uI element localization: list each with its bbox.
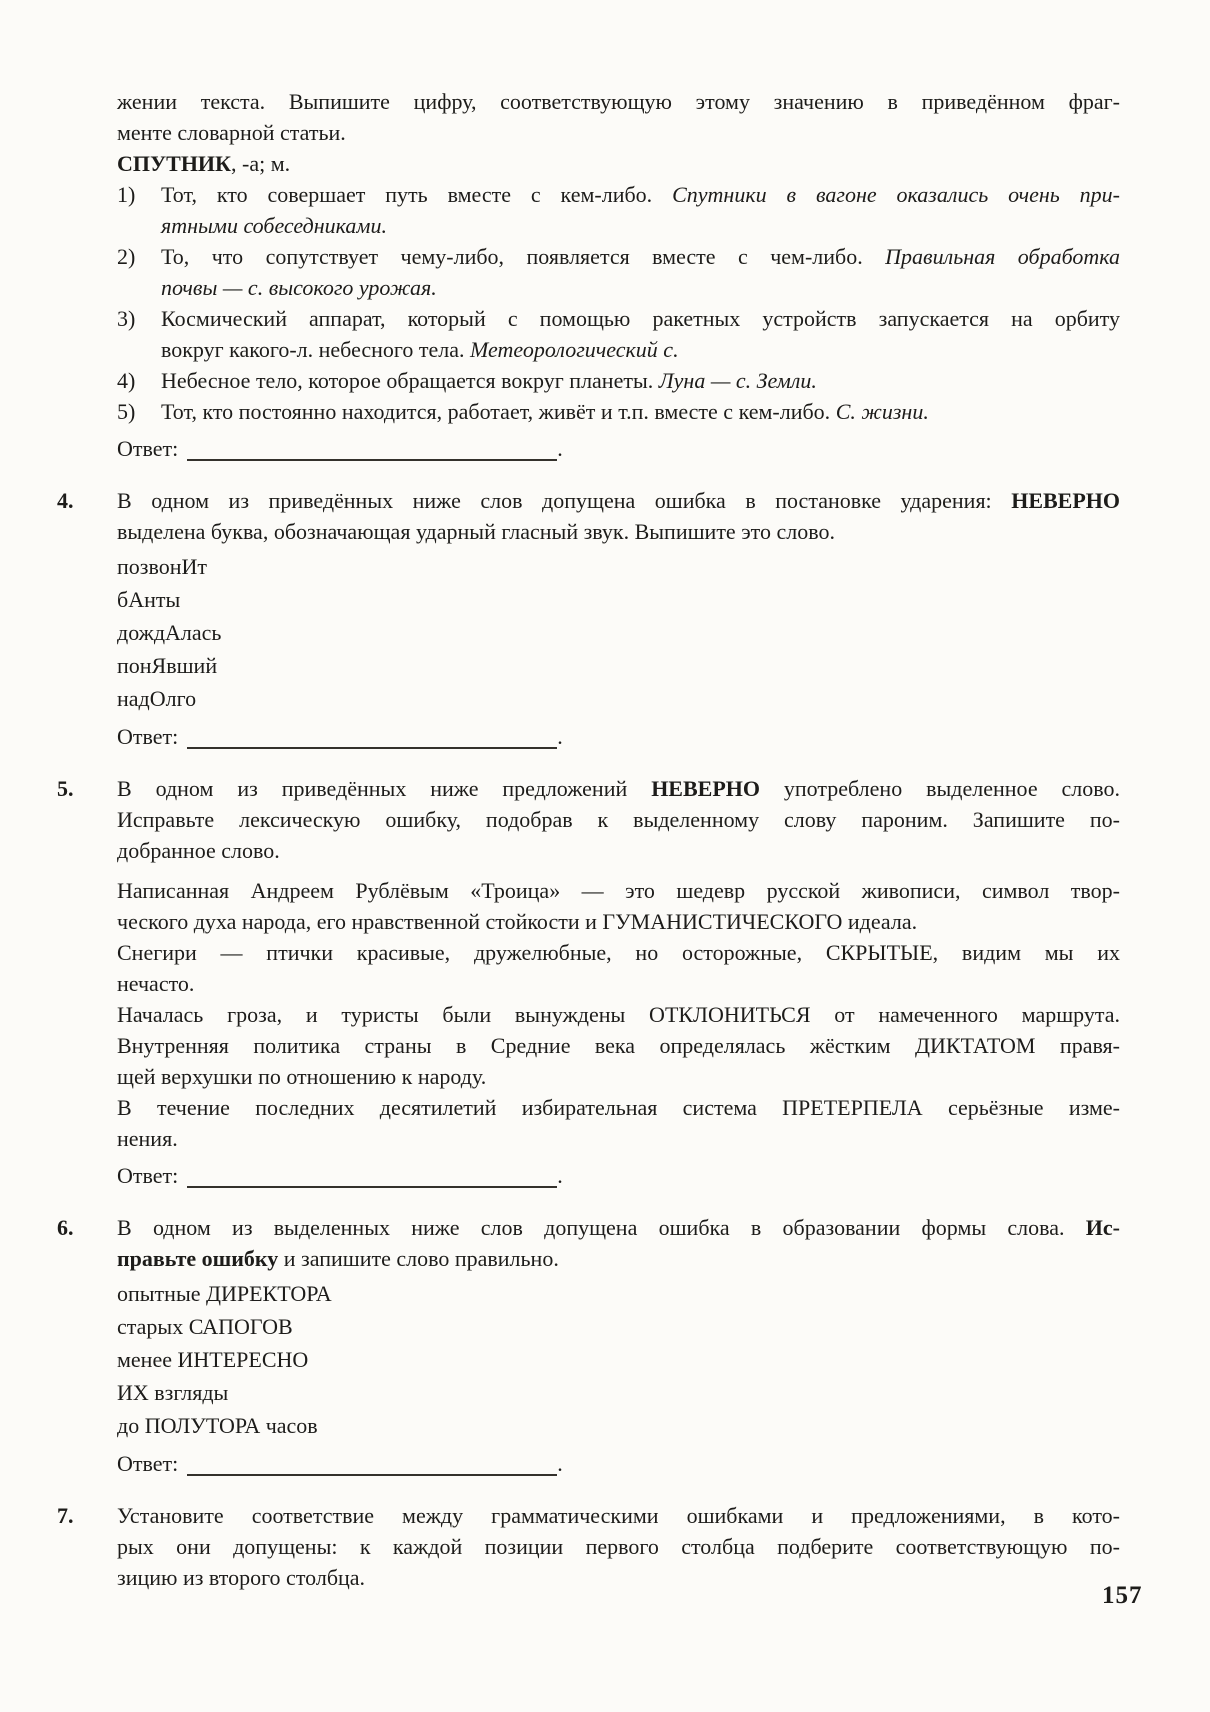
text-run: В одном из приведённых ниже предложений [117,776,651,801]
text-line: вокруг какого-л. небесного тела. Метеоро… [161,334,1120,365]
definition-item-2: 2)То, что сопутствует чему-либо, появляе… [117,241,1120,303]
text-run: Написанная Андреем Рублёвым «Троица» — э… [117,878,1120,903]
text-run: Метеорологический с. [470,337,679,362]
text-run: Установите соответствие между грамматиче… [117,1503,1120,1528]
word-option: бАнты [117,583,1120,616]
text-line: Снегири — птички красивые, дружелюбные, … [117,937,1120,968]
word-option: надОлго [117,682,1120,715]
answer-line-4: Ответ:. [117,1448,1120,1479]
text-line: Исправьте лексическую ошибку, подобрав к… [117,804,1120,835]
dictionary-definitions: 1)Тот, кто совершает путь вместе с кем-л… [117,179,1120,427]
text-line: добранное слово. [117,835,1120,866]
definition-item-3: 3)Космический аппарат, который с помощью… [117,303,1120,365]
definition-number: 1) [117,179,157,210]
sentence-3: Началась гроза, и туристы были вынуждены… [117,999,1120,1030]
text-line: почвы — с. высокого урожая. [161,272,1120,303]
text-run: добранное слово. [117,838,280,863]
answer-blank [187,1452,557,1476]
answer-label: Ответ: [117,436,178,461]
page-number: 157 [1102,1580,1143,1611]
text-run: В течение последних десятилетий избирате… [117,1095,1120,1120]
question-4-text: В одном из приведённых ниже слов допущен… [117,485,1120,547]
answer-period: . [557,724,563,749]
question-6-text: В одном из выделенных ниже слов допущена… [117,1212,1120,1274]
answer-blank [187,1164,557,1188]
text-run: Правильная обработка [885,244,1120,269]
text-line: жении текста. Выпишите цифру, соответств… [117,86,1120,117]
question-4-number: 4. [57,485,117,547]
text-run: щей верхушки по отношению к народу. [117,1064,486,1089]
text-run: ческого духа народа, его нравственной ст… [117,909,917,934]
text-run: Снегири — птички красивые, дружелюбные, … [117,940,1120,965]
text-line: ческого духа народа, его нравственной ст… [117,906,1120,937]
word-option: менее ИНТЕРЕСНО [117,1343,1120,1376]
text-line: Небесное тело, которое обращается вокруг… [161,365,1120,396]
text-run: Тот, кто совершает путь вместе с кем-либ… [161,182,672,207]
word-option: дождАлась [117,616,1120,649]
answer-period: . [557,436,563,461]
text-line: В одном из приведённых ниже слов допущен… [117,485,1120,516]
question-6: 6.В одном из выделенных ниже слов допуще… [57,1212,1120,1274]
text-run: Началась гроза, и туристы были вынуждены… [117,1002,1120,1027]
question-5-text: В одном из приведённых ниже предложений … [117,773,1120,866]
answer-blank [187,725,557,749]
text-run: СПУТНИК [117,151,231,176]
text-run: Небесное тело, которое обращается вокруг… [161,368,659,393]
text-run: В одном из выделенных ниже слов допущена… [117,1215,1086,1240]
text-line: В течение последних десятилетий избирате… [117,1092,1120,1123]
text-line: Космический аппарат, который с помощью р… [161,303,1120,334]
question-4: 4.В одном из приведённых ниже слов допущ… [57,485,1120,547]
text-line: выделена буква, обозначающая ударный гла… [117,516,1120,547]
word-options-4: позвонИтбАнтыдождАласьпонЯвшийнадОлго [117,550,1120,715]
text-line: Установите соответствие между грамматиче… [117,1500,1120,1531]
text-line: Внутренняя политика страны в Средние век… [117,1030,1120,1061]
intro-paragraph: жении текста. Выпишите цифру, соответств… [117,86,1120,148]
answer-line-1: Ответ:. [117,433,1120,464]
sentences-5: Написанная Андреем Рублёвым «Троица» — э… [117,875,1120,1154]
text-line: В одном из приведённых ниже предложений … [117,773,1120,804]
word-option: старых САПОГОВ [117,1310,1120,1343]
text-run: В одном из приведённых ниже слов допущен… [117,488,1011,513]
question-7: 7.Установите соответствие между граммати… [57,1500,1120,1593]
text-line: Тот, кто совершает путь вместе с кем-либ… [161,179,1120,210]
text-run: нечасто. [117,971,194,996]
text-line: То, что сопутствует чему-либо, появляетс… [161,241,1120,272]
definition-number: 4) [117,365,157,396]
document-content: жении текста. Выпишите цифру, соответств… [57,86,1120,1593]
text-line: Написанная Андреем Рублёвым «Троица» — э… [117,875,1120,906]
dictionary-headword: СПУТНИК, -а; м. [117,148,1120,179]
definition-number: 3) [117,303,157,334]
text-run: жении текста. Выпишите цифру, соответств… [117,89,1120,114]
question-5: 5.В одном из приведённых ниже предложени… [57,773,1120,866]
word-option: опытные ДИРЕКТОРА [117,1277,1120,1310]
text-line: В одном из выделенных ниже слов допущена… [117,1212,1120,1243]
text-run: Тот, кто постоянно находится, работает, … [161,399,836,424]
text-run: Спутники в вагоне оказались очень при- [672,182,1120,207]
text-line: Тот, кто постоянно находится, работает, … [161,396,1120,427]
text-run: НЕВЕРНО [651,776,760,801]
question-7-number: 7. [57,1500,117,1593]
answer-period: . [557,1163,563,1188]
text-run: Ис- [1086,1215,1120,1240]
text-line: нения. [117,1123,1120,1154]
definition-number: 5) [117,396,157,427]
word-option: ИХ взгляды [117,1376,1120,1409]
definition-item-1: 1)Тот, кто совершает путь вместе с кем-л… [117,179,1120,241]
answer-line-2: Ответ:. [117,721,1120,752]
text-run: и запишите слово правильно. [278,1246,559,1271]
text-run: Космический аппарат, который с помощью р… [161,306,1120,331]
question-5-number: 5. [57,773,117,866]
text-run: менте словарной статьи. [117,120,346,145]
text-run: Луна — с. Земли. [659,368,817,393]
answer-line-3: Ответ:. [117,1160,1120,1191]
text-run: почвы — с. высокого урожая. [161,275,437,300]
text-run: Исправьте лексическую ошибку, подобрав к… [117,807,1120,832]
text-line: менте словарной статьи. [117,117,1120,148]
text-run: С. жизни. [836,399,929,424]
text-line: рых они допущены: к каждой позиции перво… [117,1531,1120,1562]
scanned-exam-page: жении текста. Выпишите цифру, соответств… [0,0,1210,1712]
text-run: То, что сопутствует чему-либо, появляетс… [161,244,885,269]
sentence-5: В течение последних десятилетий избирате… [117,1092,1120,1154]
text-run: выделена буква, обозначающая ударный гла… [117,519,835,544]
text-run: Внутренняя политика страны в Средние век… [117,1033,1120,1058]
text-run: употреблено выделенное слово. [760,776,1120,801]
text-run: правьте ошибку [117,1246,278,1271]
question-6-number: 6. [57,1212,117,1274]
answer-label: Ответ: [117,1163,178,1188]
word-option: понЯвший [117,649,1120,682]
text-line: ятными собеседниками. [161,210,1120,241]
answer-label: Ответ: [117,1451,178,1476]
text-run: вокруг какого-л. небесного тела. [161,337,470,362]
definition-number: 2) [117,241,157,272]
word-option: до ПОЛУТОРА часов [117,1409,1120,1442]
text-run: нения. [117,1126,178,1151]
text-run: , -а; м. [231,151,290,176]
text-run: ятными собеседниками. [161,213,387,238]
answer-blank [187,437,557,461]
text-line: щей верхушки по отношению к народу. [117,1061,1120,1092]
word-options-6: опытные ДИРЕКТОРАстарых САПОГОВменее ИНТ… [117,1277,1120,1442]
text-run: рых они допущены: к каждой позиции перво… [117,1534,1120,1559]
sentence-4: Внутренняя политика страны в Средние век… [117,1030,1120,1092]
answer-label: Ответ: [117,724,178,749]
word-option: позвонИт [117,550,1120,583]
definition-item-4: 4)Небесное тело, которое обращается вокр… [117,365,1120,396]
definition-item-5: 5)Тот, кто постоянно находится, работает… [117,396,1120,427]
text-line: нечасто. [117,968,1120,999]
text-run: НЕВЕРНО [1011,488,1120,513]
sentence-1: Написанная Андреем Рублёвым «Троица» — э… [117,875,1120,937]
answer-period: . [557,1451,563,1476]
text-line: правьте ошибку и запишите слово правильн… [117,1243,1120,1274]
text-line: зицию из второго столбца. [117,1562,1120,1593]
text-line: СПУТНИК, -а; м. [117,148,1120,179]
text-line: Началась гроза, и туристы были вынуждены… [117,999,1120,1030]
text-run: зицию из второго столбца. [117,1565,365,1590]
sentence-2: Снегири — птички красивые, дружелюбные, … [117,937,1120,999]
question-7-text: Установите соответствие между грамматиче… [117,1500,1120,1593]
